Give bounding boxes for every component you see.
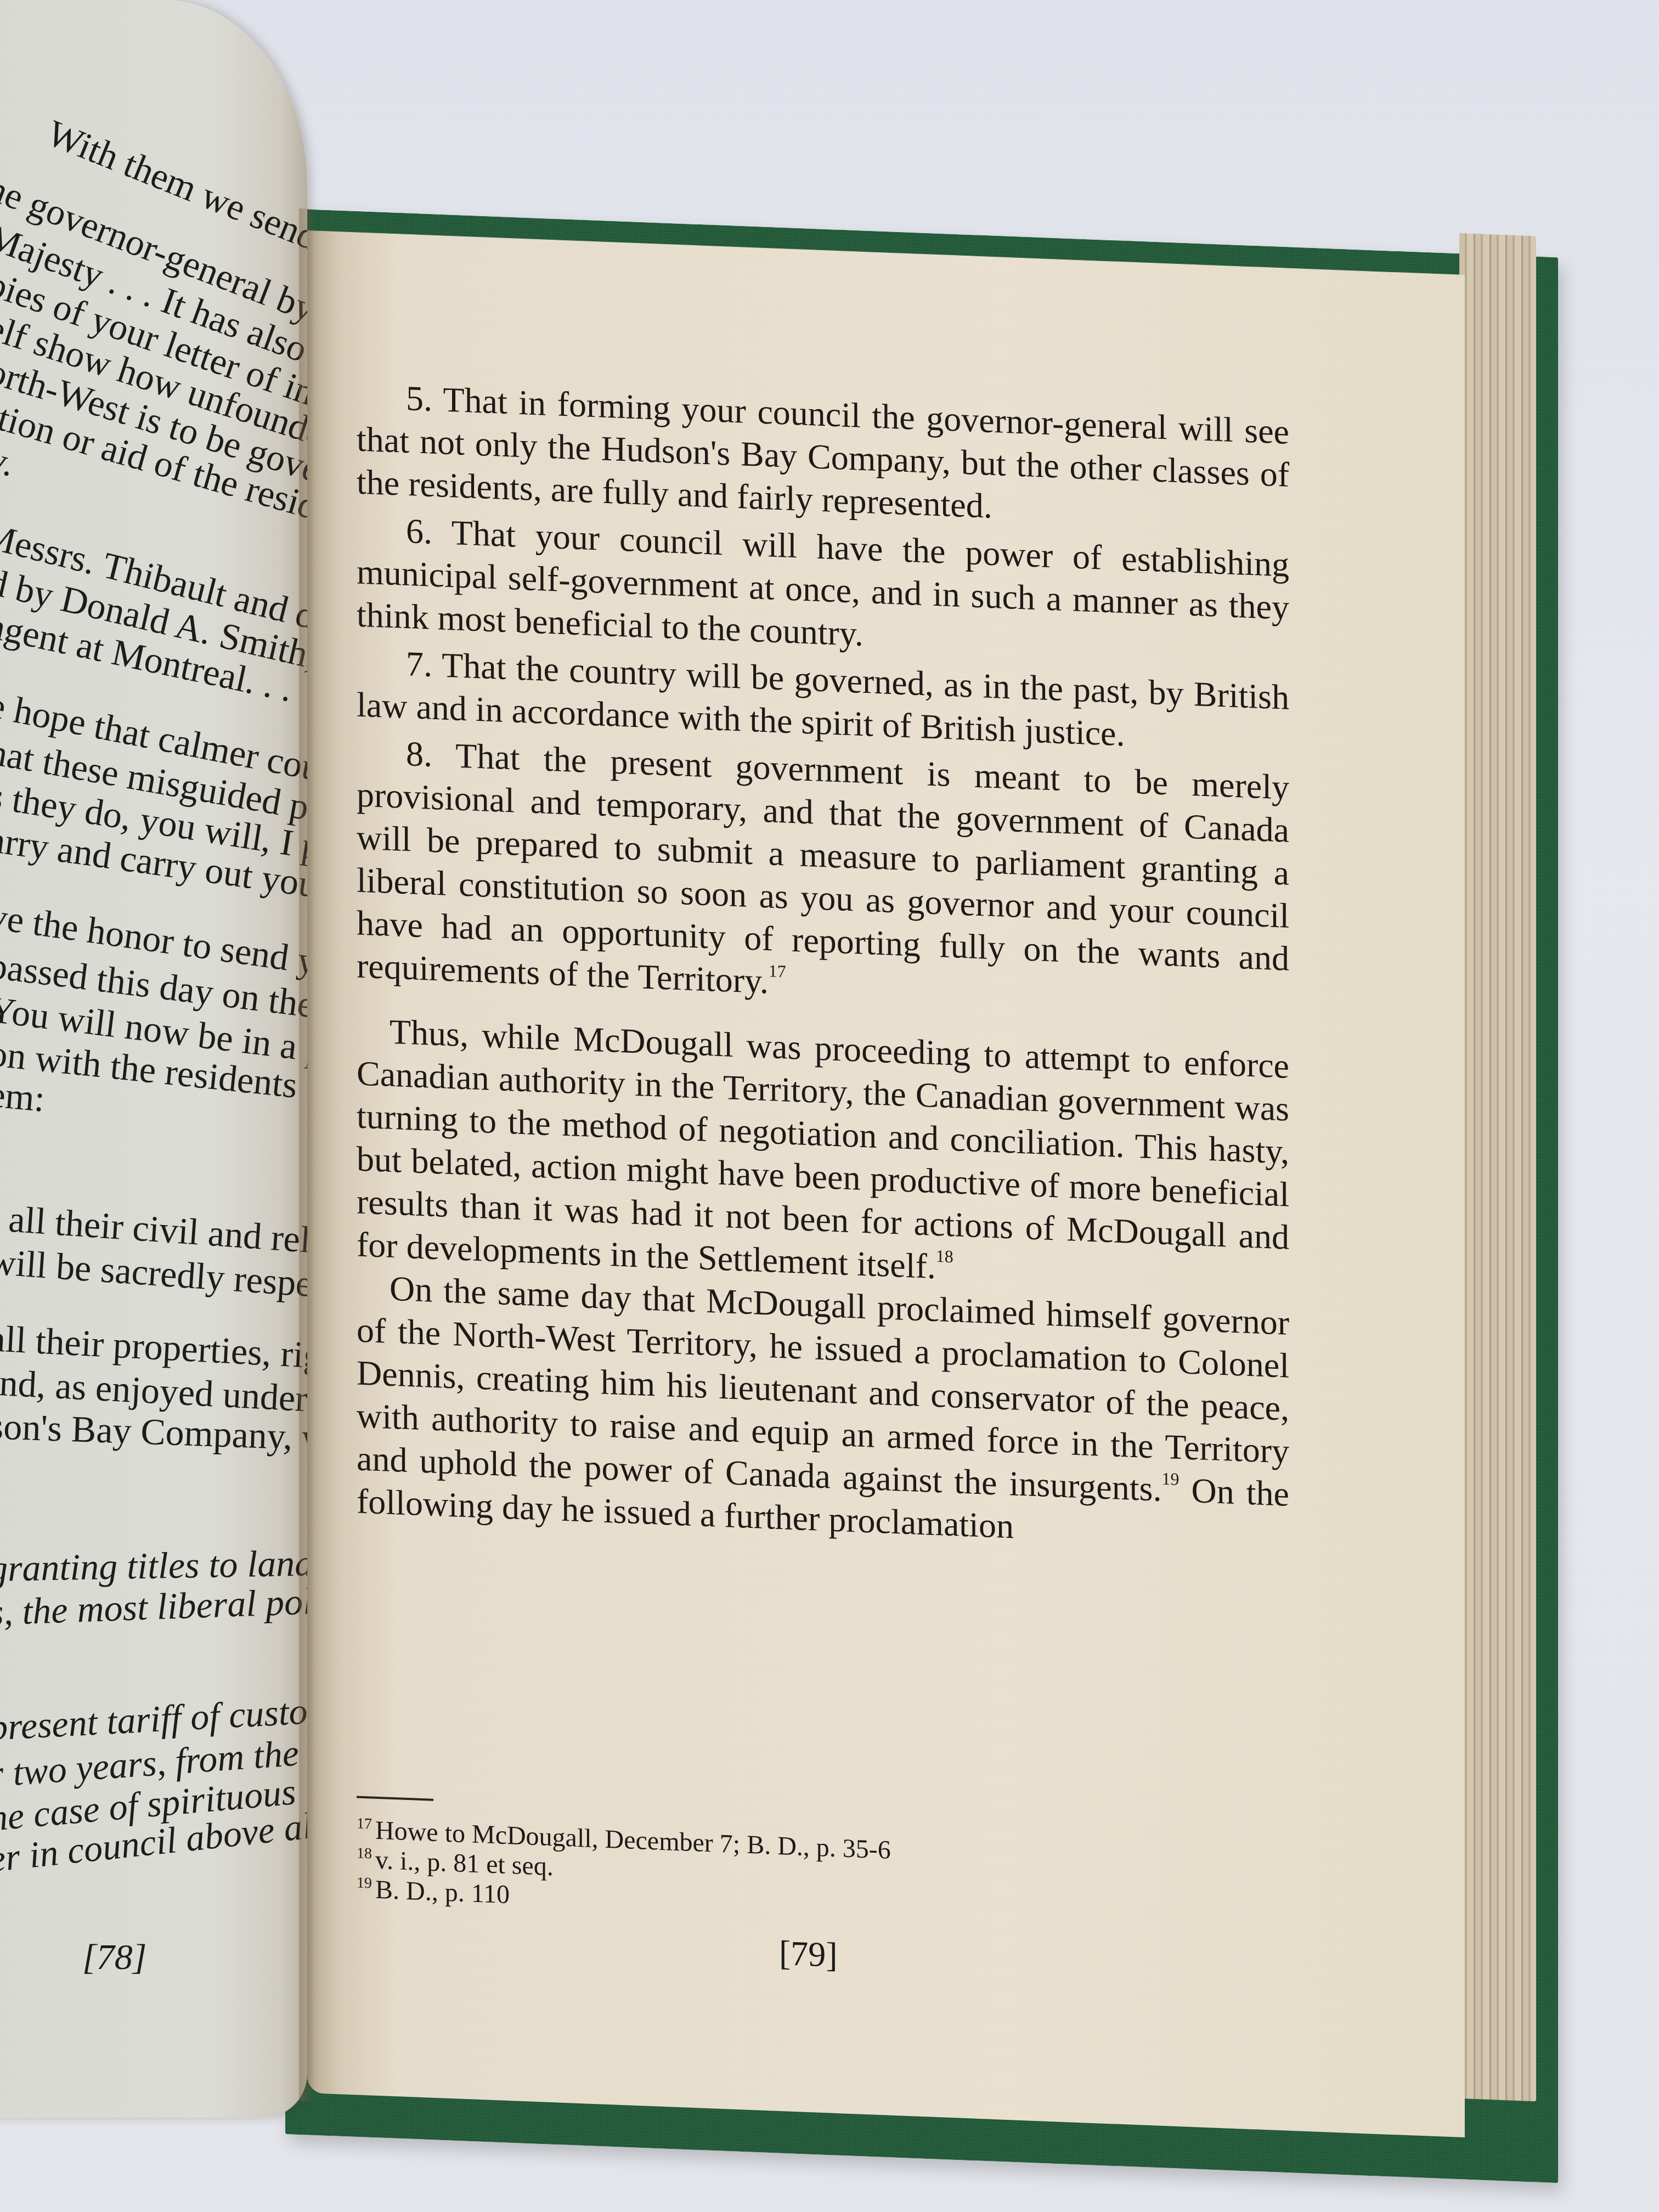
instruction-item-8: 8. That the present government is meant … [357, 730, 1289, 1023]
body-paragraphs: Thus, while McDougall was proceeding to … [357, 1009, 1289, 1558]
footnote-divider [357, 1796, 433, 1801]
footnotes: 17Howe to McDougall, December 7; B. D., … [357, 1815, 1289, 1939]
paragraph-thus: Thus, while McDougall was proceeding to … [357, 1009, 1289, 1301]
paragraph-same-day: On the same day that McDougall proclaime… [357, 1266, 1289, 1558]
left-page: With them we send you a proclamation he … [0, 0, 307, 2118]
quoted-instructions: 5. That in forming your council the gove… [357, 375, 1289, 1023]
page-number-78: [78] [82, 1937, 146, 1978]
right-page: 5. That in forming your council the gove… [307, 230, 1465, 2137]
footnote-ref-17[interactable]: 17 [769, 961, 786, 981]
left-line: y. [0, 437, 19, 485]
right-page-text: 5. That in forming your council the gove… [357, 375, 1289, 1558]
footnote-ref-19[interactable]: 19 [1161, 1469, 1179, 1489]
page-number-79: [79] [779, 1933, 838, 1976]
left-page-text: With them we send you a proclamation he … [0, 0, 307, 2118]
footnote-ref-18[interactable]: 18 [936, 1246, 953, 1266]
spine-shadow [299, 208, 315, 2101]
page-block-edges [1459, 233, 1536, 2101]
left-line: em: [0, 1073, 47, 1121]
